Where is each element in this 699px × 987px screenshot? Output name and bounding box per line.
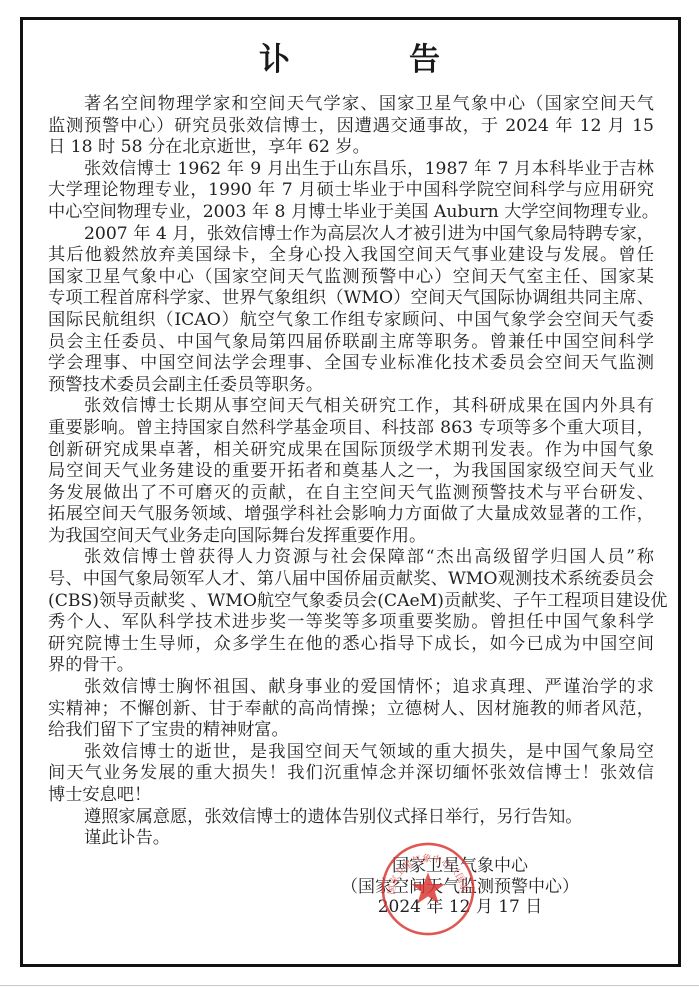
text-line: 秀个人、军队科学技术进步奖一等奖等多项重要奖励。曾担任中国气象科学	[48, 612, 654, 634]
paragraph-research: 张效信博士长期从事空间天气相关研究工作，其科研成果在国内外具有 重要影响。曾主持…	[48, 396, 654, 547]
text-line: 务发展做出了不可磨灭的贡献，在自主空间天气监测预警技术与平台研发、	[48, 483, 654, 505]
text-line: 号、中国气象局领军人才、第八届中国侨届贡献奖、WMO观测技术系统委员会	[48, 569, 654, 591]
paragraph-education: 张效信博士 1962 年 9 月出生于山东昌乐，1987 年 7 月本科毕业于吉…	[48, 159, 654, 224]
text-line: 2007 年 4 月，张效信博士作为高层次人才被引进为中国气象局特聘专家，	[48, 224, 654, 246]
paragraph-mourning: 张效信博士的逝世，是我国空间天气领域的重大损失，是中国气象局空 间天气业务发展的…	[48, 742, 654, 807]
page-bottom-rule	[0, 985, 699, 986]
signature-organization-alt: （国家空间天气监测预警中心）	[300, 877, 620, 898]
text-line: 张效信博士胸怀祖国、献身事业的爱国情怀；追求真理、严谨治学的求	[48, 677, 654, 699]
text-line: 博士安息吧！	[48, 785, 654, 807]
text-line: 张效信博士 1962 年 9 月出生于山东昌乐，1987 年 7 月本科毕业于吉…	[48, 159, 654, 181]
text-line: 为我国空间天气业务走向国际舞台发挥重要作用。	[48, 526, 654, 548]
signature-organization: 国家卫星气象中心	[300, 856, 620, 877]
paragraph-death-notice: 著名空间物理学家和空间天气学家、国家卫星气象中心（国家空间天气 监测预警中心）研…	[48, 94, 654, 159]
text-line: 张效信博士长期从事空间天气相关研究工作，其科研成果在国内外具有	[48, 396, 654, 418]
text-line: 谨此讣告。	[48, 828, 654, 850]
text-line: 国际民航组织（ICAO）航空气象工作组专家顾问、中国气象学会空间天气委	[48, 310, 654, 332]
text-line: 拓展空间天气服务领域、增强学科社会影响力方面做了大量成效显著的工作，	[48, 504, 654, 526]
text-line: 预警技术委员会副主任委员等职务。	[48, 375, 654, 397]
paragraph-character: 张效信博士胸怀祖国、献身事业的爱国情怀；追求真理、严谨治学的求 实精神；不懈创新…	[48, 677, 654, 742]
text-line: 张效信博士的逝世，是我国空间天气领域的重大损失，是中国气象局空	[48, 742, 654, 764]
document-body: 著名空间物理学家和空间天气学家、国家卫星气象中心（国家空间天气 监测预警中心）研…	[48, 94, 654, 850]
text-line: 日 18 时 58 分在北京逝世，享年 62 岁。	[48, 137, 654, 159]
text-line: 其后他毅然放弃美国绿卡，全身心投入我国空间天气事业建设与发展。曾任	[48, 245, 654, 267]
text-line: 国家卫星气象中心（国家空间天气监测预警中心）空间天气室主任、国家某	[48, 267, 654, 289]
document-title: 讣 告	[0, 40, 699, 80]
text-line: 学会理事、中国空间法学会理事、全国专业标准化技术委员会空间天气监测	[48, 353, 654, 375]
text-line: 员会主任委员、中国气象局第四届侨联副主席等职务。曾兼任中国空间科学	[48, 332, 654, 354]
text-line: (CBS)领导贡献奖 、WMO航空气象委员会(CAeM)贡献奖、子午工程项目建设…	[48, 591, 654, 613]
text-line: 间天气业务发展的重大损失！我们沉重悼念并深切缅怀张效信博士！张效信	[48, 763, 654, 785]
signature-date: 2024 年 12 月 17 日	[300, 897, 620, 918]
text-line: 研究院博士生导师，众多学生在他的悉心指导下成长，如今已成为中国空间	[48, 634, 654, 656]
text-line: 大学理论物理专业，1990 年 7 月硕士毕业于中国科学院空间科学与应用研究	[48, 180, 654, 202]
text-line: 重要影响。曾主持国家自然科学基金项目、科技部 863 专项等多个重大项目，	[48, 418, 654, 440]
text-line: 中心空间物理专业，2003 年 8 月博士毕业于美国 Auburn 大学空间物理…	[48, 202, 654, 224]
paragraph-closing: 谨此讣告。	[48, 828, 654, 850]
signature-block: 国家卫星气象中心 （国家空间天气监测预警中心） 2024 年 12 月 17 日	[300, 856, 620, 918]
text-line: 给我们留下了宝贵的精神财富。	[48, 720, 654, 742]
text-line: 监测预警中心）研究员张效信博士，因遭遇交通事故，于 2024 年 12 月 15	[48, 116, 654, 138]
paragraph-funeral-notice: 遵照家属意愿，张效信博士的遗体告别仪式择日举行，另行告知。	[48, 807, 654, 829]
text-line: 专项工程首席科学家、世界气象组织（WMO）空间天气国际协调组共同主席、	[48, 288, 654, 310]
text-line: 界的骨干。	[48, 655, 654, 677]
text-line: 著名空间物理学家和空间天气学家、国家卫星气象中心（国家空间天气	[48, 94, 654, 116]
text-line: 创新研究成果卓著，相关研究成果在国际顶级学术期刊发表。作为中国气象	[48, 440, 654, 462]
paragraph-awards: 张效信博士曾获得人力资源与社会保障部“杰出高级留学归国人员”称 号、中国气象局领…	[48, 547, 654, 677]
text-line: 遵照家属意愿，张效信博士的遗体告别仪式择日举行，另行告知。	[48, 807, 654, 829]
text-line: 实精神；不懈创新、甘于奉献的高尚情操；立德树人、因材施教的师者风范，	[48, 699, 654, 721]
text-line: 局空间天气业务建设的重要开拓者和奠基人之一，为我国国家级空间天气业	[48, 461, 654, 483]
text-line: 张效信博士曾获得人力资源与社会保障部“杰出高级留学归国人员”称	[48, 547, 654, 569]
paragraph-career: 2007 年 4 月，张效信博士作为高层次人才被引进为中国气象局特聘专家， 其后…	[48, 224, 654, 397]
